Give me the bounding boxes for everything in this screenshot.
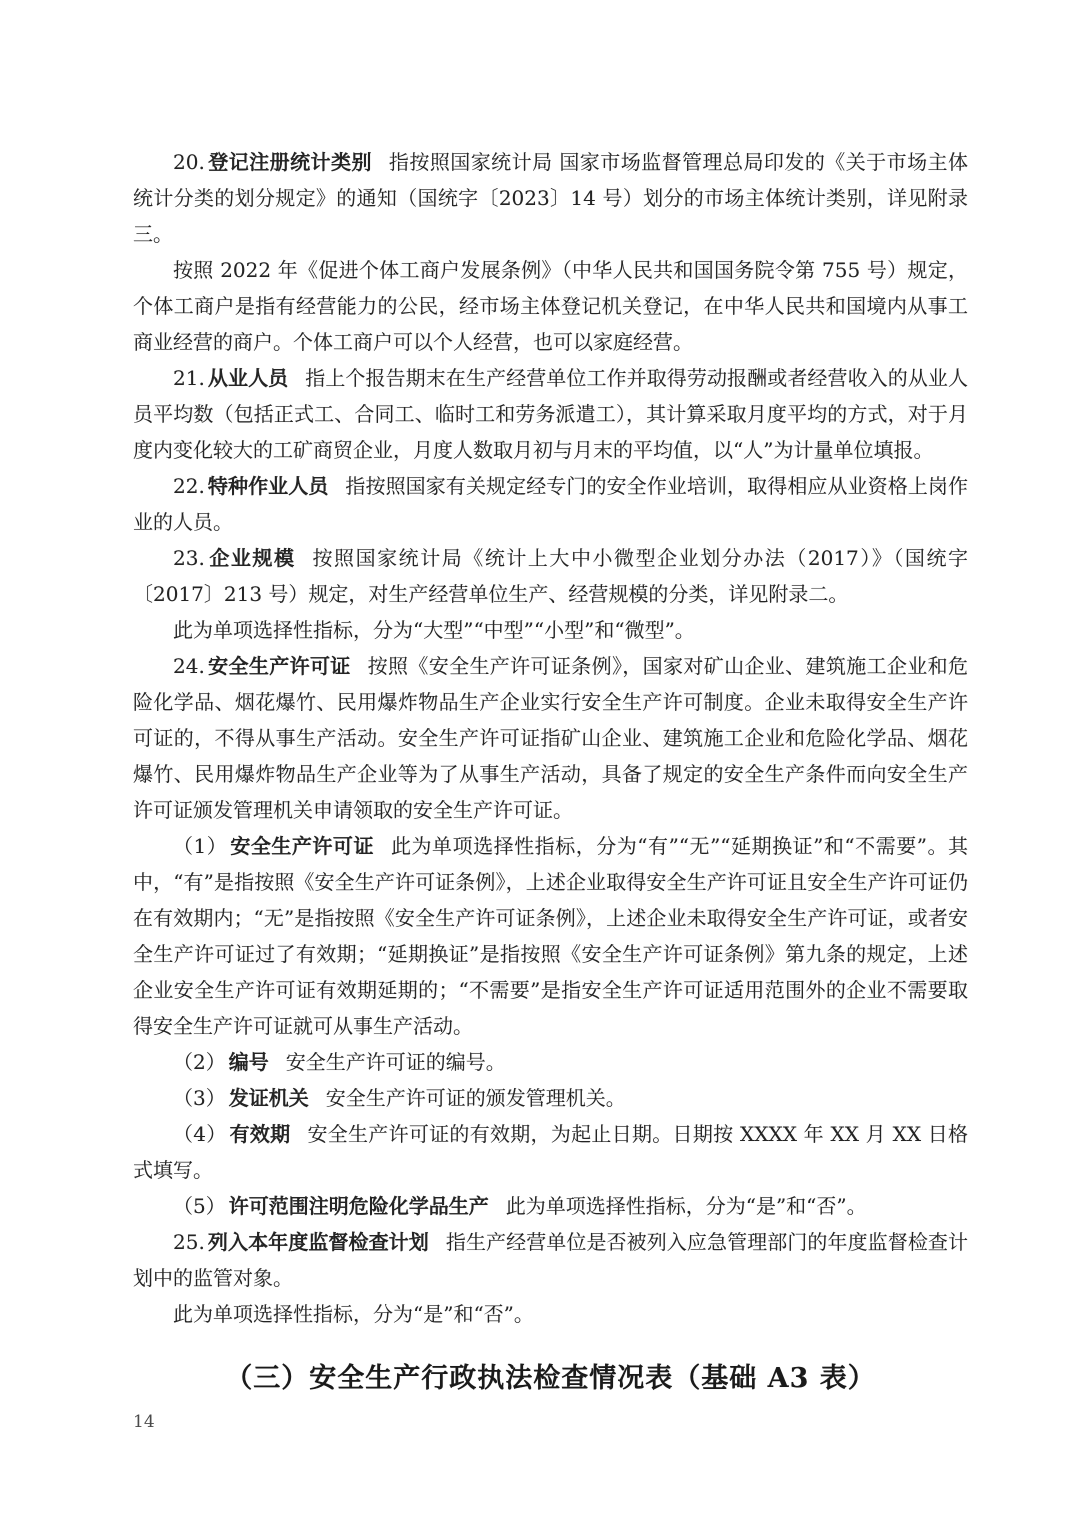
item-20: 20.登记注册统计类别指按照国家统计局 国家市场监督管理总局印发的《关于市场主体… xyxy=(133,144,968,252)
item-text: 此为单项选择性指标，分为“大型”“中型”“小型”和“微型”。 xyxy=(173,618,695,642)
item-term: 编号 xyxy=(229,1050,269,1074)
item-number: 21. xyxy=(173,366,205,390)
item-number: 22. xyxy=(173,474,205,498)
item-term: 安全生产许可证 xyxy=(208,654,351,678)
item-24-1: （1）安全生产许可证此为单项选择性指标，分为“有”“无”“延期换证”和“不需要”… xyxy=(133,828,968,1044)
item-25-note: 此为单项选择性指标，分为“是”和“否”。 xyxy=(133,1296,968,1332)
item-term: 登记注册统计类别 xyxy=(208,150,372,174)
item-term: 有效期 xyxy=(230,1122,291,1146)
item-25: 25.列入本年度监督检查计划指生产经营单位是否被列入应急管理部门的年度监督检查计… xyxy=(133,1224,968,1296)
item-text: 按照 2022 年《促进个体工商户发展条例》（中华人民共和国国务院令第 755 … xyxy=(133,258,968,354)
document-page: 20.登记注册统计类别指按照国家统计局 国家市场监督管理总局印发的《关于市场主体… xyxy=(0,0,1080,1527)
item-number: （1） xyxy=(173,834,227,858)
item-number: （5） xyxy=(173,1194,226,1218)
item-23-note: 此为单项选择性指标，分为“大型”“中型”“小型”和“微型”。 xyxy=(133,612,968,648)
item-24-2: （2）编号安全生产许可证的编号。 xyxy=(133,1044,968,1080)
item-20-note: 按照 2022 年《促进个体工商户发展条例》（中华人民共和国国务院令第 755 … xyxy=(133,252,968,360)
item-number: （3） xyxy=(173,1086,226,1110)
item-text: 安全生产许可证的颁发管理机关。 xyxy=(326,1086,626,1110)
item-24-5: （5）许可范围注明危险化学品生产此为单项选择性指标，分为“是”和“否”。 xyxy=(133,1188,968,1224)
item-text: 安全生产许可证的编号。 xyxy=(286,1050,506,1074)
item-number: （4） xyxy=(173,1122,227,1146)
item-text: 此为单项选择性指标，分为“是”和“否”。 xyxy=(506,1194,867,1218)
item-22: 22.特种作业人员指按照国家有关规定经专门的安全作业培训，取得相应从业资格上岗作… xyxy=(133,468,968,540)
item-24-4: （4）有效期安全生产许可证的有效期，为起止日期。日期按 XXXX 年 XX 月 … xyxy=(133,1116,968,1188)
item-21: 21.从业人员指上个报告期末在生产经营单位工作并取得劳动报酬或者经营收入的从业人… xyxy=(133,360,968,468)
item-number: 25. xyxy=(173,1230,205,1254)
item-term: 从业人员 xyxy=(208,366,288,390)
item-term: 安全生产许可证 xyxy=(230,834,374,858)
item-24: 24.安全生产许可证按照《安全生产许可证条例》，国家对矿山企业、建筑施工企业和危… xyxy=(133,648,968,828)
item-number: 23. xyxy=(173,546,205,570)
item-text: 此为单项选择性指标，分为“有”“无”“延期换证”和“不需要”。其中，“有”是指按… xyxy=(133,834,968,1038)
section-heading: （三）安全生产行政执法检查情况表（基础 A3 表） xyxy=(133,1358,968,1400)
item-number: （2） xyxy=(173,1050,226,1074)
item-24-3: （3）发证机关安全生产许可证的颁发管理机关。 xyxy=(133,1080,968,1116)
item-number: 24. xyxy=(173,654,205,678)
page-number: 14 xyxy=(133,1412,155,1432)
item-term: 列入本年度监督检查计划 xyxy=(208,1230,429,1254)
item-text: 按照《安全生产许可证条例》，国家对矿山企业、建筑施工企业和危险化学品、烟花爆竹、… xyxy=(133,654,968,822)
item-number: 20. xyxy=(173,150,205,174)
item-text: 此为单项选择性指标，分为“是”和“否”。 xyxy=(173,1302,534,1326)
item-term: 特种作业人员 xyxy=(208,474,329,498)
item-term: 企业规模 xyxy=(208,546,296,570)
item-23: 23.企业规模按照国家统计局《统计上大中小微型企业划分办法（2017）》（国统字… xyxy=(133,540,968,612)
item-term: 许可范围注明危险化学品生产 xyxy=(229,1194,489,1218)
item-term: 发证机关 xyxy=(229,1086,309,1110)
document-body: 20.登记注册统计类别指按照国家统计局 国家市场监督管理总局印发的《关于市场主体… xyxy=(133,144,968,1400)
